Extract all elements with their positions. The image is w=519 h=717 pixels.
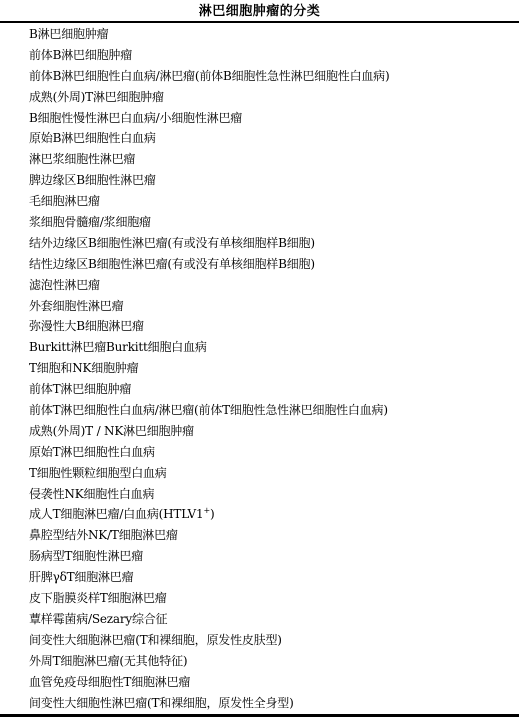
list-item-text: 滤泡性淋巴瘤 [29, 278, 100, 292]
list-item: Burkitt淋巴瘤Burkitt细胞白血病 [29, 337, 517, 358]
list-item-text: 浆细胞骨髓瘤/浆细胞瘤 [29, 215, 151, 229]
list-item: 外周T细胞淋巴瘤(无其他特征) [29, 651, 517, 672]
classification-list: B淋巴细胞肿瘤 前体B淋巴细胞肿瘤 前体B淋巴细胞性白血病/淋巴瘤(前体B细胞性… [29, 24, 517, 713]
list-item-text: 间变性大细胞性淋巴瘤(T和裸细胞，原发性全身型) [29, 696, 294, 710]
list-item-text: 结外边缘区B细胞性淋巴瘤(有或没有单核细胞样B细胞) [29, 236, 315, 250]
list-item-text: 侵袭性NK细胞性白血病 [29, 487, 154, 501]
list-item-text: 毛细胞淋巴瘤 [29, 194, 100, 208]
list-item: 成熟(外周)T淋巴细胞肿瘤 [29, 87, 517, 108]
list-item-text: 外周T细胞淋巴瘤(无其他特征) [29, 654, 187, 668]
list-item: B淋巴细胞肿瘤 [29, 24, 517, 45]
list-item: 结外边缘区B细胞性淋巴瘤(有或没有单核细胞样B细胞) [29, 233, 517, 254]
list-item: 外套细胞性淋巴瘤 [29, 296, 517, 317]
list-item-text: 成熟(外周)T淋巴细胞肿瘤 [29, 90, 164, 104]
list-item-text: 皮下脂膜炎样T细胞淋巴瘤 [29, 591, 167, 605]
list-item: 前体B淋巴细胞性白血病/淋巴瘤(前体B细胞性急性淋巴细胞性白血病) [29, 66, 517, 87]
list-item: 原始B淋巴细胞性白血病 [29, 128, 517, 149]
list-item: 淋巴浆细胞性淋巴瘤 [29, 149, 517, 170]
top-rule-divider [0, 21, 519, 23]
list-item: 脾边缘区B细胞性淋巴瘤 [29, 170, 517, 191]
list-item-text: 前体T淋巴细胞肿瘤 [29, 382, 131, 396]
list-item: 前体B淋巴细胞肿瘤 [29, 45, 517, 66]
list-item: T细胞和NK细胞肿瘤 [29, 358, 517, 379]
list-item-text: 间变性大细胞淋巴瘤(T和裸细胞，原发性皮肤型) [29, 633, 282, 647]
list-item: 前体T淋巴细胞性白血病/淋巴瘤(前体T细胞性急性淋巴细胞性白血病) [29, 400, 517, 421]
list-item: 皮下脂膜炎样T细胞淋巴瘤 [29, 588, 517, 609]
list-item-text: 前体B淋巴细胞性白血病/淋巴瘤(前体B细胞性急性淋巴细胞性白血病) [29, 69, 389, 83]
list-item: 结性边缘区B细胞性淋巴瘤(有或没有单核细胞样B细胞) [29, 254, 517, 275]
list-item: 鼻腔型结外NK/T细胞淋巴瘤 [29, 525, 517, 546]
list-item-text: 鼻腔型结外NK/T细胞淋巴瘤 [29, 528, 178, 542]
list-item-text: B淋巴细胞肿瘤 [29, 27, 108, 41]
list-item-text: 淋巴浆细胞性淋巴瘤 [29, 152, 135, 166]
list-item: 滤泡性淋巴瘤 [29, 275, 517, 296]
list-item-text: 前体B淋巴细胞肿瘤 [29, 48, 132, 62]
list-item-text: 肝脾γδT细胞淋巴瘤 [29, 570, 133, 584]
list-item: T细胞性颗粒细胞型白血病 [29, 463, 517, 484]
list-item-text: 肠病型T细胞性淋巴瘤 [29, 549, 143, 563]
list-item-text: T细胞性颗粒细胞型白血病 [29, 466, 167, 480]
list-item-text: 原始T淋巴细胞性白血病 [29, 445, 155, 459]
list-item-text: 蕈样霉菌病/Sezary综合征 [29, 612, 167, 626]
list-item: 弥漫性大B细胞淋巴瘤 [29, 316, 517, 337]
list-item: 侵袭性NK细胞性白血病 [29, 484, 517, 505]
list-item: B细胞性慢性淋巴白血病/小细胞性淋巴瘤 [29, 108, 517, 129]
list-item: 间变性大细胞淋巴瘤(T和裸细胞，原发性皮肤型) [29, 630, 517, 651]
list-item: 肝脾γδT细胞淋巴瘤 [29, 567, 517, 588]
list-item: 原始T淋巴细胞性白血病 [29, 442, 517, 463]
list-item-text: 弥漫性大B细胞淋巴瘤 [29, 319, 144, 333]
list-item-suffix: ) [210, 507, 214, 521]
list-item: 血管免疫母细胞性T细胞淋巴瘤 [29, 672, 517, 693]
list-item: 成人T细胞淋巴瘤/白血病(HTLV1+) [29, 504, 517, 525]
list-item: 间变性大细胞性淋巴瘤(T和裸细胞，原发性全身型) [29, 693, 517, 714]
list-item-text: 原始B淋巴细胞性白血病 [29, 131, 156, 145]
list-item: 蕈样霉菌病/Sezary综合征 [29, 609, 517, 630]
list-item-text: 脾边缘区B细胞性淋巴瘤 [29, 173, 156, 187]
list-item-text: 成人T细胞淋巴瘤/白血病(HTLV1 [29, 507, 203, 521]
list-item-text: B细胞性慢性淋巴白血病/小细胞性淋巴瘤 [29, 111, 242, 125]
list-item-text: Burkitt淋巴瘤Burkitt细胞白血病 [29, 340, 207, 354]
list-item: 前体T淋巴细胞肿瘤 [29, 379, 517, 400]
list-item-text: 血管免疫母细胞性T细胞淋巴瘤 [29, 675, 190, 689]
list-item: 浆细胞骨髓瘤/浆细胞瘤 [29, 212, 517, 233]
list-item: 毛细胞淋巴瘤 [29, 191, 517, 212]
list-item-text: T细胞和NK细胞肿瘤 [29, 361, 138, 375]
list-item-text: 成熟(外周)T / NK淋巴细胞肿瘤 [29, 424, 194, 438]
list-item-text: 结性边缘区B细胞性淋巴瘤(有或没有单核细胞样B细胞) [29, 257, 315, 271]
list-item: 肠病型T细胞性淋巴瘤 [29, 546, 517, 567]
list-item-text: 外套细胞性淋巴瘤 [29, 299, 123, 313]
table-title: 淋巴细胞肿瘤的分类 [0, 4, 519, 20]
list-item-text: 前体T淋巴细胞性白血病/淋巴瘤(前体T细胞性急性淋巴细胞性白血病) [29, 403, 388, 417]
list-item: 成熟(外周)T / NK淋巴细胞肿瘤 [29, 421, 517, 442]
